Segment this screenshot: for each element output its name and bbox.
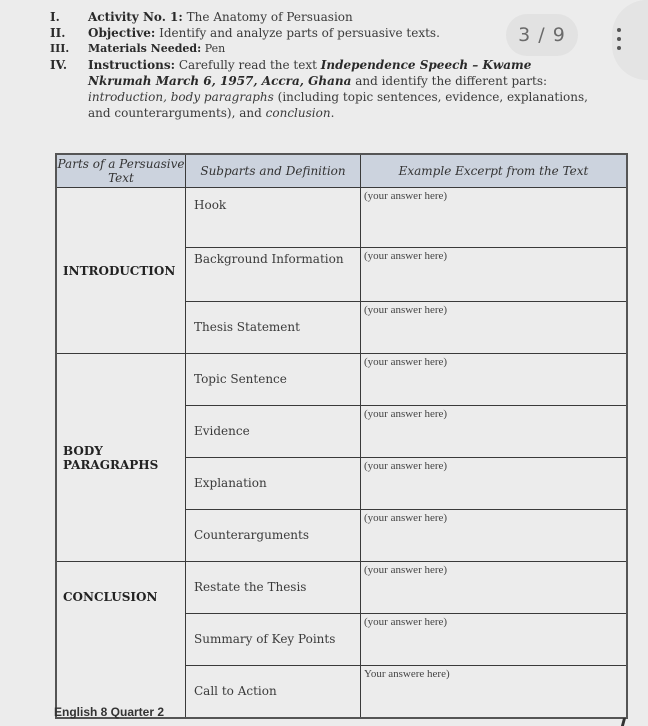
materials-label: Materials Needed: bbox=[88, 42, 201, 55]
subpart-cell: Call to Action bbox=[186, 666, 361, 719]
numeral: IV. bbox=[50, 57, 88, 73]
column-header-example: Example Excerpt from the Text bbox=[361, 154, 628, 188]
document-page: I. Activity No. 1: The Anatomy of Persua… bbox=[0, 0, 648, 726]
numeral: I. bbox=[50, 9, 88, 25]
subpart-cell: Topic Sentence bbox=[186, 354, 361, 406]
answer-cell[interactable]: (your answer here) bbox=[361, 614, 628, 666]
answer-cell[interactable]: (your answer here) bbox=[361, 406, 628, 458]
materials-text: Pen bbox=[205, 42, 226, 55]
part-body: body paragraphs bbox=[171, 90, 274, 104]
column-header-parts: Parts of a Persuasive Text bbox=[56, 154, 186, 188]
subpart-cell: Evidence bbox=[186, 406, 361, 458]
subpart-cell: Explanation bbox=[186, 458, 361, 510]
instructions-row: IV. Instructions: Carefully read the tex… bbox=[50, 57, 590, 121]
subpart-cell: Counterarguments bbox=[186, 510, 361, 562]
part-conclusion-cell: CONCLUSION bbox=[56, 562, 186, 719]
part-body-paragraphs-cell: BODY PARAGRAPHS bbox=[56, 354, 186, 562]
objective-label: Objective: bbox=[88, 26, 155, 40]
subpart-cell: Hook bbox=[186, 188, 361, 248]
numeral: III. bbox=[50, 41, 88, 57]
subpart-cell: Restate the Thesis bbox=[186, 562, 361, 614]
activity-label: Activity No. 1: bbox=[88, 10, 183, 24]
table-row: INTRODUCTION Hook (your answer here) bbox=[56, 188, 627, 248]
answer-cell[interactable]: (your answer here) bbox=[361, 354, 628, 406]
answer-cell[interactable]: (your answer here) bbox=[361, 458, 628, 510]
instructions-text: Carefully read the text bbox=[179, 58, 317, 72]
part-introduction-cell: INTRODUCTION bbox=[56, 188, 186, 354]
persuasion-table: Parts of a Persuasive Text Subparts and … bbox=[55, 153, 628, 719]
instructions-label: Instructions: bbox=[88, 58, 175, 72]
answer-cell[interactable]: (your answer here) bbox=[361, 510, 628, 562]
answer-cell[interactable]: (your answer here) bbox=[361, 248, 628, 302]
objective-text: Identify and analyze parts of persuasive… bbox=[159, 26, 440, 40]
answer-cell[interactable]: (your answer here) bbox=[361, 302, 628, 354]
subpart-cell: Thesis Statement bbox=[186, 302, 361, 354]
table-header-row: Parts of a Persuasive Text Subparts and … bbox=[56, 154, 627, 188]
answer-cell[interactable]: Your answere here) bbox=[361, 666, 628, 719]
part-conclusion: conclusion bbox=[266, 106, 331, 120]
part-introduction: introduction, bbox=[88, 90, 167, 104]
cursor-icon bbox=[621, 718, 626, 726]
answer-cell[interactable]: (your answer here) bbox=[361, 188, 628, 248]
column-header-subparts: Subparts and Definition bbox=[186, 154, 361, 188]
subpart-cell: Summary of Key Points bbox=[186, 614, 361, 666]
more-options-button[interactable] bbox=[612, 0, 648, 80]
answer-cell[interactable]: (your answer here) bbox=[361, 562, 628, 614]
page-counter: 3 / 9 bbox=[506, 14, 578, 56]
table-row: CONCLUSION Restate the Thesis (your answ… bbox=[56, 562, 627, 614]
subpart-cell: Background Information bbox=[186, 248, 361, 302]
numeral: II. bbox=[50, 25, 88, 41]
instructions-text: . bbox=[331, 106, 335, 120]
activity-title: The Anatomy of Persuasion bbox=[187, 10, 353, 24]
footer-label: English 8 Quarter 2 bbox=[54, 705, 164, 719]
vertical-ellipsis-icon bbox=[617, 28, 623, 55]
instructions-text: and identify the different parts: bbox=[355, 74, 547, 88]
table-row: BODY PARAGRAPHS Topic Sentence (your ans… bbox=[56, 354, 627, 406]
